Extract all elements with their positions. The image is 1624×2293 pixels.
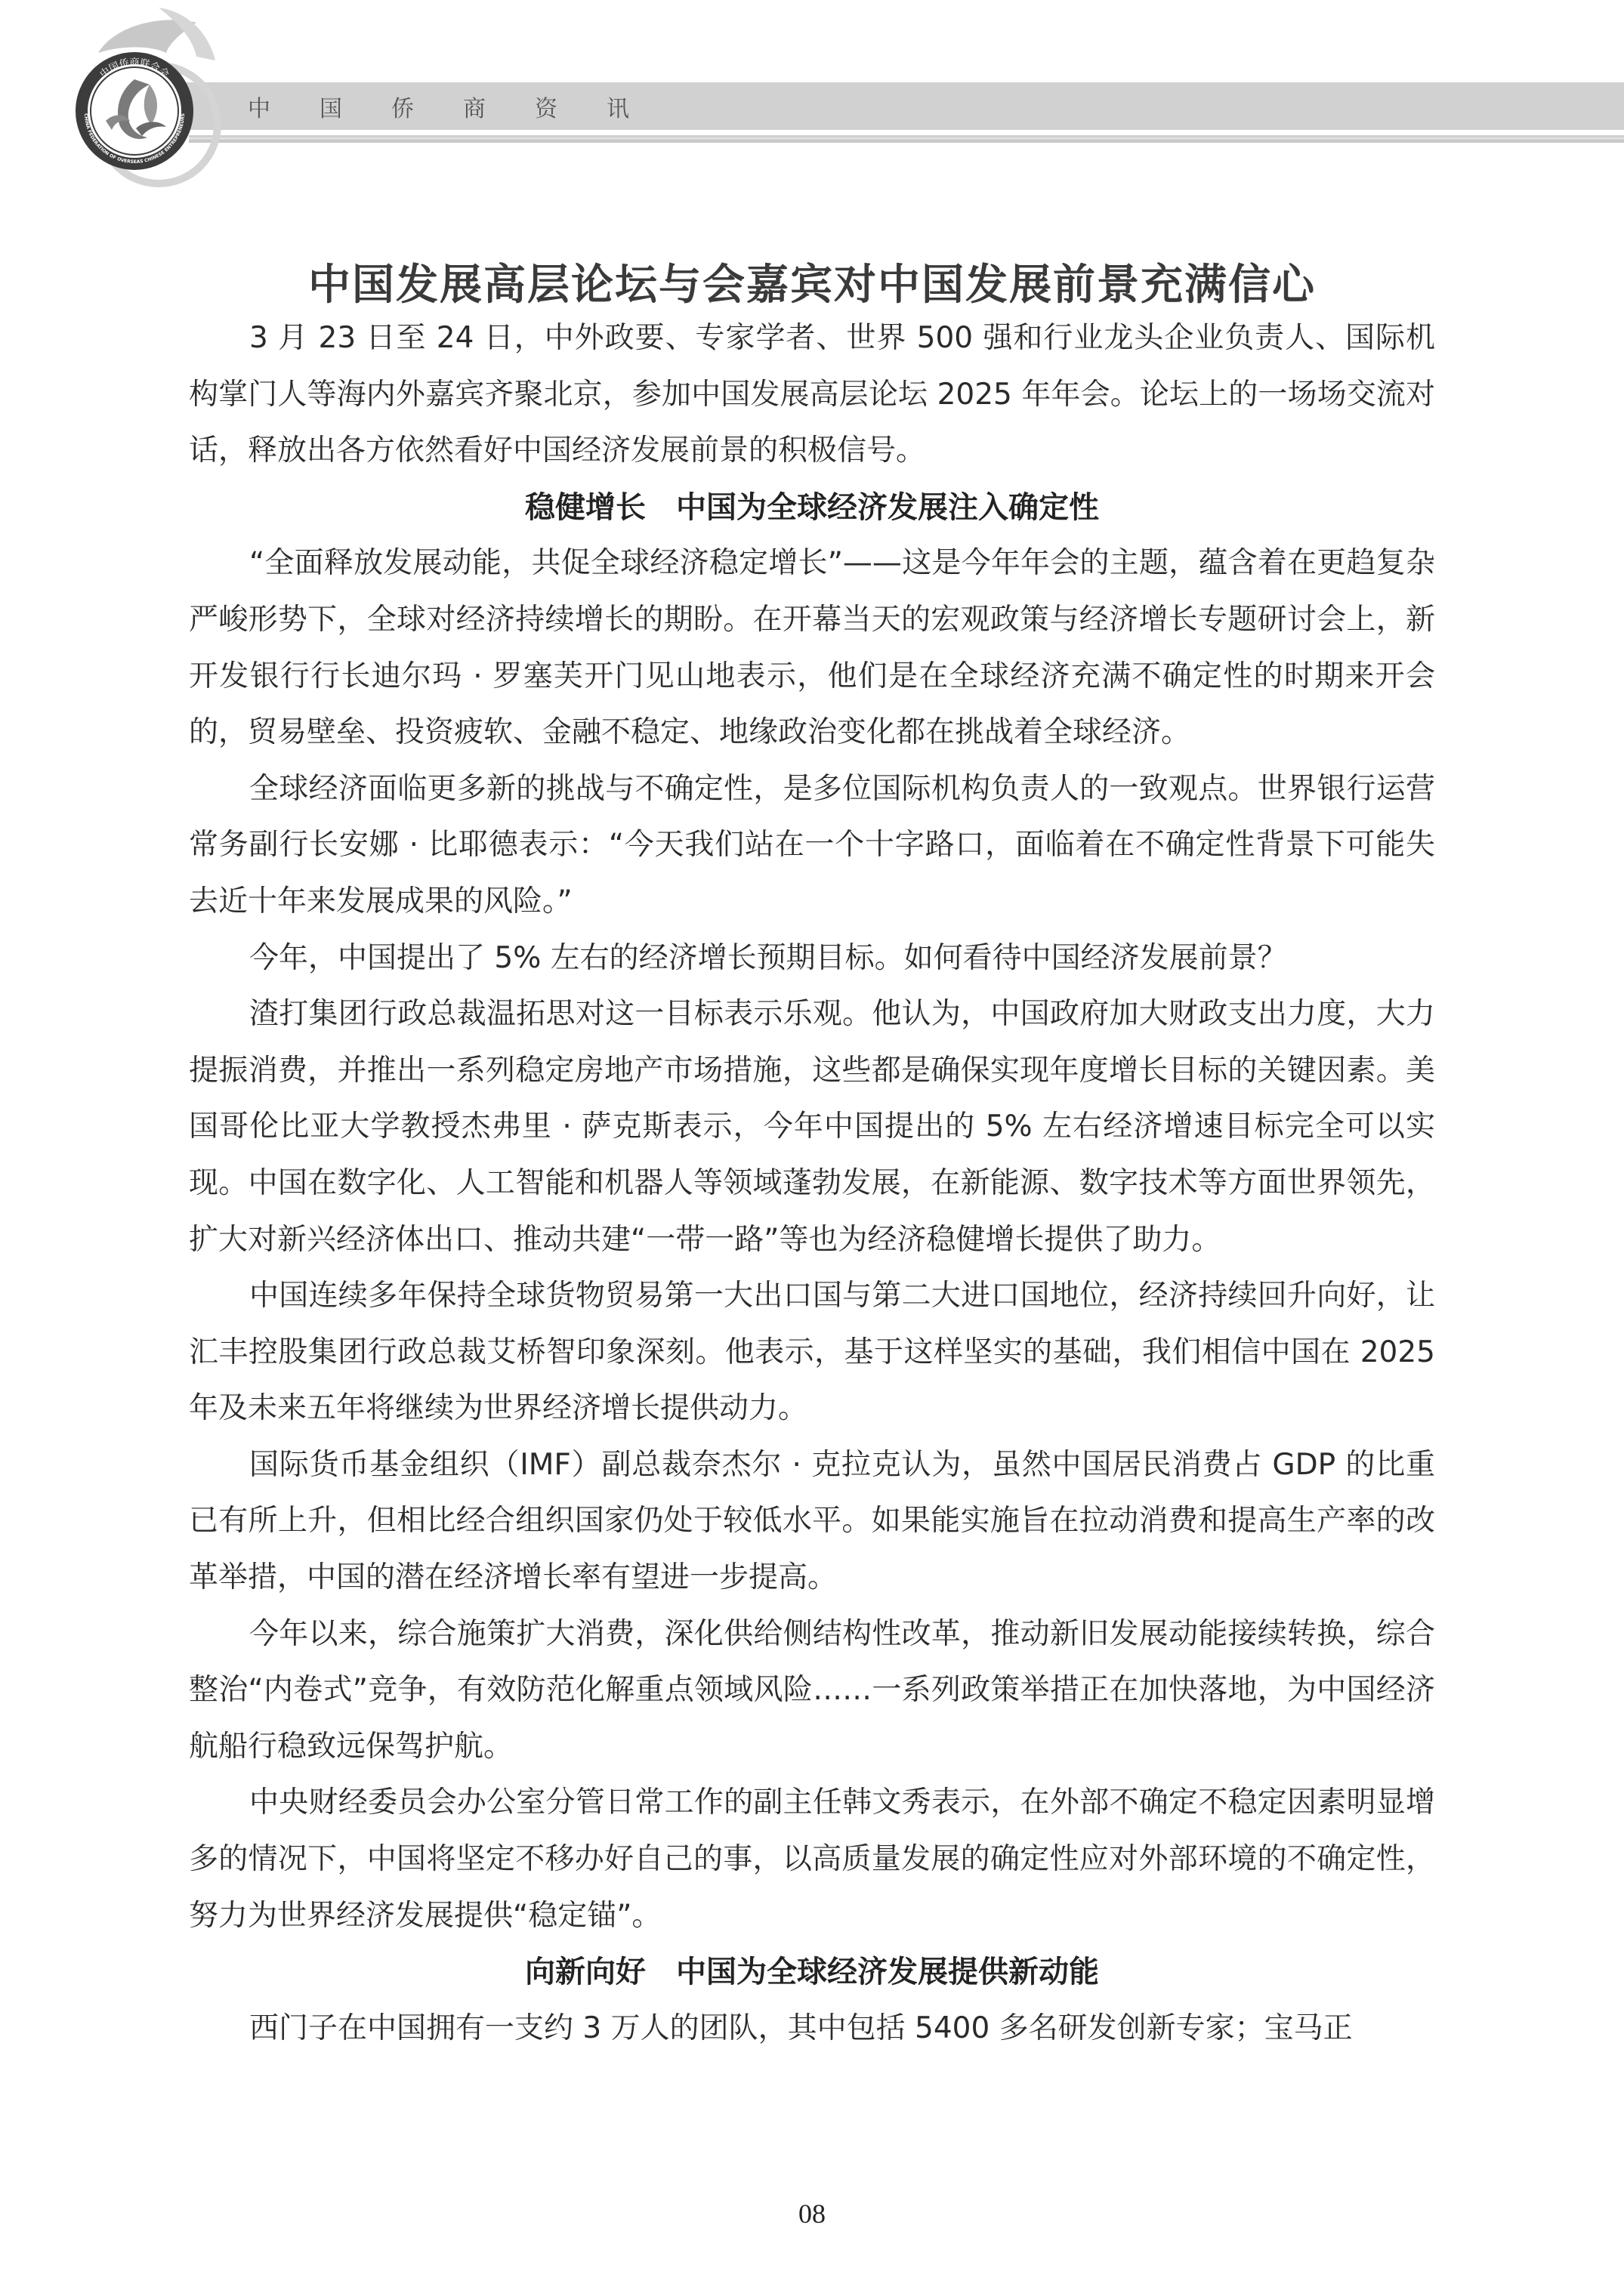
paragraph: 西门子在中国拥有一支约 3 万人的团队，其中包括 5400 多名研发创新专家；宝… xyxy=(189,2001,1435,2057)
article-title: 中国发展高层论坛与会嘉宾对中国发展前景充满信心 xyxy=(0,255,1624,316)
header-band-stripe xyxy=(189,135,1624,143)
paragraph: 渣打集团行政总裁温拓思对这一目标表示乐观。他认为，中国政府加大财政支出力度，大力… xyxy=(189,986,1435,1268)
publication-title-char: 国 xyxy=(320,90,391,123)
page-number: 08 xyxy=(0,2198,1624,2230)
section-heading: 稳健增长 中国为全球经济发展注入确定性 xyxy=(189,480,1435,536)
page-header: 中 国 侨 商 资 讯 中国侨商联合会 CHINA FEDERATION OF … xyxy=(0,0,1624,196)
section-heading: 向新向好 中国为全球经济发展提供新动能 xyxy=(189,1944,1435,2001)
publication-title: 中 国 侨 商 资 讯 xyxy=(248,83,678,130)
paragraph: 今年，中国提出了 5% 左右的经济增长预期目标。如何看待中国经济发展前景？ xyxy=(189,930,1435,987)
paragraph: 3 月 23 日至 24 日，中外政要、专家学者、世界 500 强和行业龙头企业… xyxy=(189,310,1435,480)
publication-title-char: 资 xyxy=(535,90,607,123)
federation-logo-icon: 中国侨商联合会 CHINA FEDERATION OF OVERSEAS CHI… xyxy=(45,0,242,196)
paragraph: “全面释放发展动能，共促全球经济稳定增长”——这是今年年会的主题，蕴含着在更趋复… xyxy=(189,535,1435,761)
paragraph: 中央财经委员会办公室分管日常工作的副主任韩文秀表示，在外部不确定不稳定因素明显增… xyxy=(189,1775,1435,1944)
publication-title-char: 中 xyxy=(248,90,320,123)
article-body: 3 月 23 日至 24 日，中外政要、专家学者、世界 500 强和行业龙头企业… xyxy=(189,310,1435,2057)
publication-title-char: 侨 xyxy=(391,90,463,123)
paragraph: 今年以来，综合施策扩大消费，深化供给侧结构性改革，推动新旧发展动能接续转换，综合… xyxy=(189,1606,1435,1776)
publication-title-char: 讯 xyxy=(607,90,678,123)
paragraph: 国际货币基金组织（IMF）副总裁奈杰尔 · 克拉克认为，虽然中国居民消费占 GD… xyxy=(189,1437,1435,1606)
publication-title-char: 商 xyxy=(463,90,535,123)
paragraph: 中国连续多年保持全球货物贸易第一大出口国与第二大进口国地位，经济持续回升向好，让… xyxy=(189,1268,1435,1437)
paragraph: 全球经济面临更多新的挑战与不确定性，是多位国际机构负责人的一致观点。世界银行运营… xyxy=(189,761,1435,930)
